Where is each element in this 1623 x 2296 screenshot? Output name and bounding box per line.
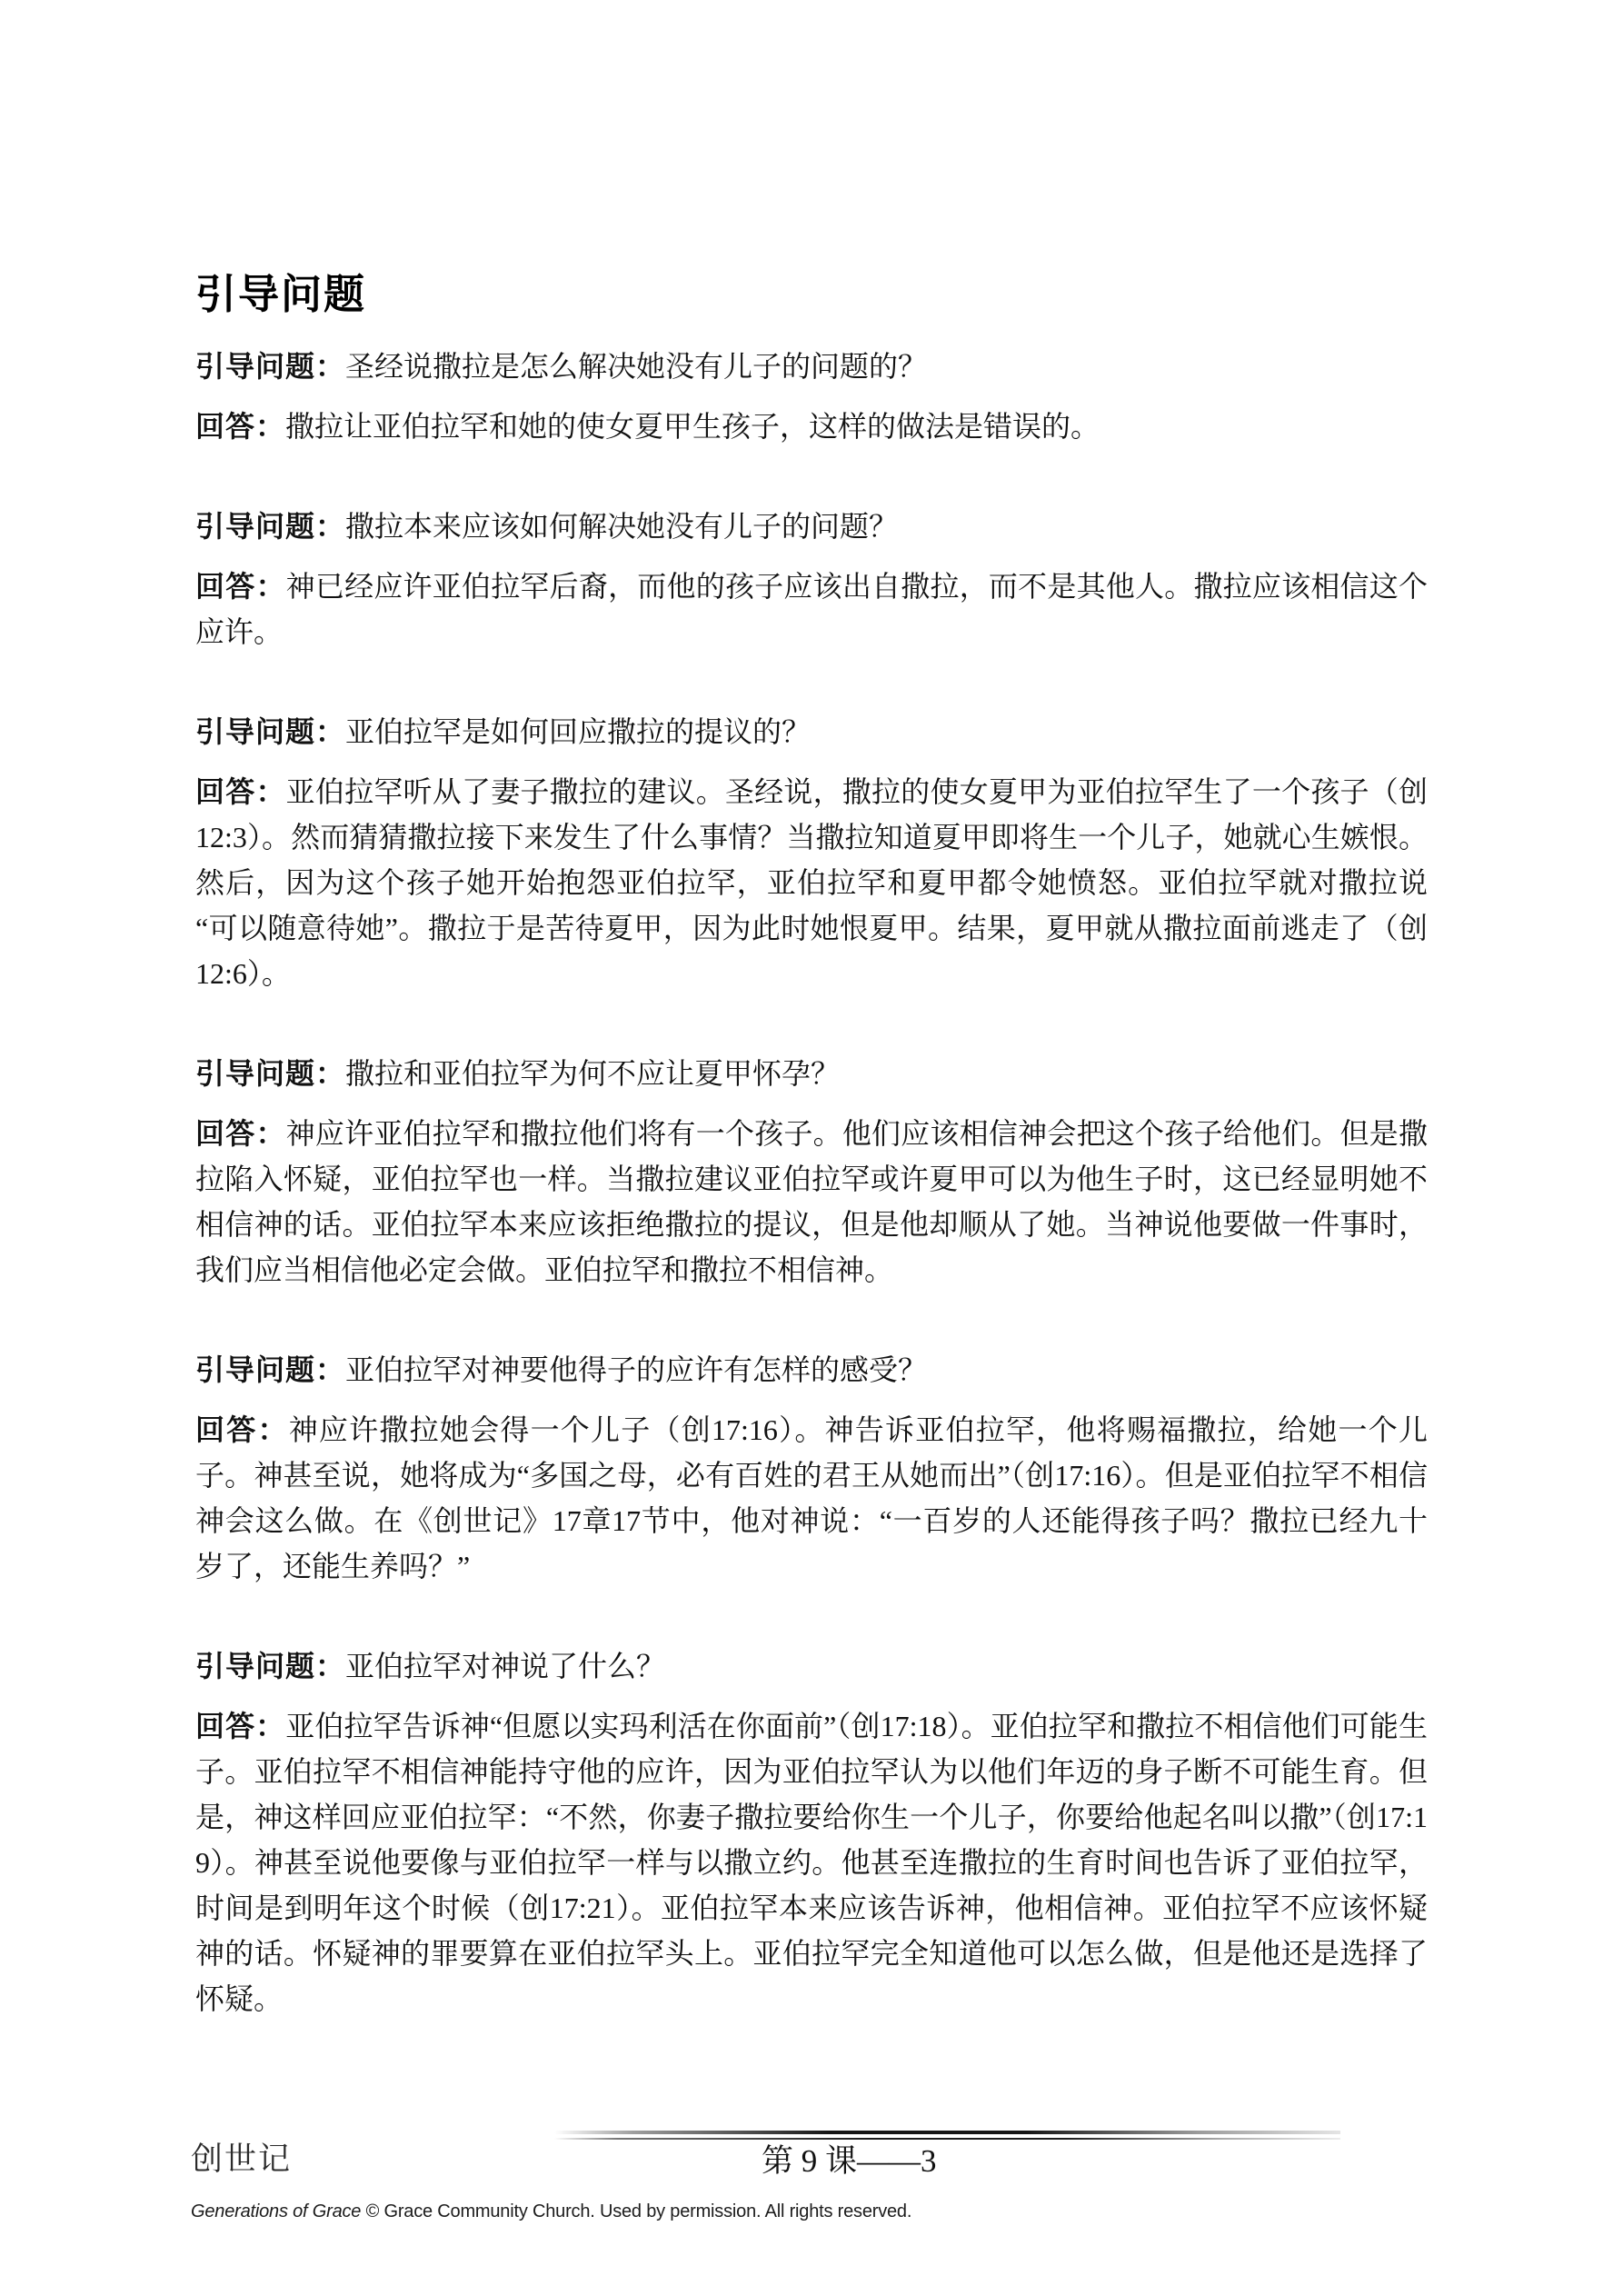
qa-block-1: 引导问题：圣经说撒拉是怎么解决她没有儿子的问题的？ 回答：撒拉让亚伯拉罕和她的使… bbox=[195, 344, 1428, 449]
answer-text: 撒拉让亚伯拉罕和她的使女夏甲生孩子，这样的做法是错误的。 bbox=[285, 410, 1100, 443]
page-title: 引导问题 bbox=[195, 273, 1428, 316]
footer-page-number: 第 9 课——3 bbox=[762, 2143, 937, 2180]
footer-copyright-text: © Grace Community Church. Used by permis… bbox=[361, 2201, 911, 2221]
answer-paragraph: 回答：撒拉让亚伯拉罕和她的使女夏甲生孩子，这样的做法是错误的。 bbox=[195, 404, 1428, 449]
qa-block-4: 引导问题：撒拉和亚伯拉罕为何不应让夏甲怀孕？ 回答：神应许亚伯拉罕和撒拉他们将有… bbox=[195, 1051, 1428, 1293]
footer-book-title: 创世记 bbox=[191, 2141, 292, 2178]
answer-text: 神应许撒拉她会得一个儿子（创17:16）。神告诉亚伯拉罕，他将赐福撒拉，给她一个… bbox=[195, 1413, 1428, 1582]
question-text: 亚伯拉罕是如何回应撒拉的提议的？ bbox=[345, 715, 811, 748]
question-label: 引导问题： bbox=[195, 1650, 345, 1682]
answer-label: 回答： bbox=[195, 1413, 289, 1446]
answer-paragraph: 回答：亚伯拉罕告诉神“但愿以实玛利活在你面前”（创17:18）。亚伯拉罕和撒拉不… bbox=[195, 1703, 1428, 2021]
question-label: 引导问题： bbox=[195, 715, 345, 748]
footer-copyright: Generations of Grace © Grace Community C… bbox=[191, 2200, 911, 2223]
answer-label: 回答： bbox=[195, 1117, 286, 1150]
question-paragraph: 引导问题：撒拉本来应该如何解决她没有儿子的问题？ bbox=[195, 504, 1428, 549]
footer-copyright-series-name: Generations of Grace bbox=[191, 2201, 361, 2221]
question-paragraph: 引导问题：撒拉和亚伯拉罕为何不应让夏甲怀孕？ bbox=[195, 1051, 1428, 1096]
answer-label: 回答： bbox=[195, 410, 285, 443]
answer-paragraph: 回答：神应许撒拉她会得一个儿子（创17:16）。神告诉亚伯拉罕，他将赐福撒拉，给… bbox=[195, 1407, 1428, 1589]
answer-label: 回答： bbox=[195, 775, 286, 808]
question-paragraph: 引导问题：亚伯拉罕对神说了什么？ bbox=[195, 1643, 1428, 1689]
answer-text: 神应许亚伯拉罕和撒拉他们将有一个孩子。他们应该相信神会把这个孩子给他们。但是撒拉… bbox=[195, 1117, 1428, 1286]
question-label: 引导问题： bbox=[195, 350, 345, 383]
document-body: 引导问题 引导问题：圣经说撒拉是怎么解决她没有儿子的问题的？ 回答：撒拉让亚伯拉… bbox=[195, 273, 1428, 2021]
answer-paragraph: 回答：神应许亚伯拉罕和撒拉他们将有一个孩子。他们应该相信神会把这个孩子给他们。但… bbox=[195, 1111, 1428, 1293]
qa-block-5: 引导问题：亚伯拉罕对神要他得子的应许有怎样的感受？ 回答：神应许撒拉她会得一个儿… bbox=[195, 1347, 1428, 1589]
question-text: 圣经说撒拉是怎么解决她没有儿子的问题的？ bbox=[345, 350, 927, 383]
question-text: 撒拉和亚伯拉罕为何不应让夏甲怀孕？ bbox=[345, 1057, 840, 1090]
answer-label: 回答： bbox=[195, 1710, 285, 1742]
answer-paragraph: 回答：神已经应许亚伯拉罕后裔，而他的孩子应该出自撒拉，而不是其他人。撒拉应该相信… bbox=[195, 564, 1428, 654]
answer-text: 亚伯拉罕告诉神“但愿以实玛利活在你面前”（创17:18）。亚伯拉罕和撒拉不相信他… bbox=[195, 1710, 1428, 2015]
qa-block-3: 引导问题：亚伯拉罕是如何回应撒拉的提议的？ 回答：亚伯拉罕听从了妻子撒拉的建议。… bbox=[195, 709, 1428, 996]
question-paragraph: 引导问题：亚伯拉罕是如何回应撒拉的提议的？ bbox=[195, 709, 1428, 754]
footer-divider-line bbox=[554, 2131, 1340, 2134]
question-text: 亚伯拉罕对神说了什么？ bbox=[345, 1650, 665, 1682]
answer-paragraph: 回答：亚伯拉罕听从了妻子撒拉的建议。圣经说，撒拉的使女夏甲为亚伯拉罕生了一个孩子… bbox=[195, 769, 1428, 996]
document-page: 引导问题 引导问题：圣经说撒拉是怎么解决她没有儿子的问题的？ 回答：撒拉让亚伯拉… bbox=[0, 0, 1623, 2296]
footer-divider-line-thin bbox=[554, 2138, 1340, 2140]
question-text: 撒拉本来应该如何解决她没有儿子的问题？ bbox=[345, 510, 898, 543]
question-text: 亚伯拉罕对神要他得子的应许有怎样的感受？ bbox=[345, 1353, 927, 1386]
answer-label: 回答： bbox=[195, 570, 286, 603]
qa-block-2: 引导问题：撒拉本来应该如何解决她没有儿子的问题？ 回答：神已经应许亚伯拉罕后裔，… bbox=[195, 504, 1428, 654]
answer-text: 神已经应许亚伯拉罕后裔，而他的孩子应该出自撒拉，而不是其他人。撒拉应该相信这个应… bbox=[195, 570, 1428, 648]
answer-text: 亚伯拉罕听从了妻子撒拉的建议。圣经说，撒拉的使女夏甲为亚伯拉罕生了一个孩子（创1… bbox=[195, 775, 1428, 990]
question-label: 引导问题： bbox=[195, 510, 345, 543]
question-label: 引导问题： bbox=[195, 1057, 345, 1090]
question-label: 引导问题： bbox=[195, 1353, 345, 1386]
question-paragraph: 引导问题：亚伯拉罕对神要他得子的应许有怎样的感受？ bbox=[195, 1347, 1428, 1393]
question-paragraph: 引导问题：圣经说撒拉是怎么解决她没有儿子的问题的？ bbox=[195, 344, 1428, 389]
qa-block-6: 引导问题：亚伯拉罕对神说了什么？ 回答：亚伯拉罕告诉神“但愿以实玛利活在你面前”… bbox=[195, 1643, 1428, 2021]
